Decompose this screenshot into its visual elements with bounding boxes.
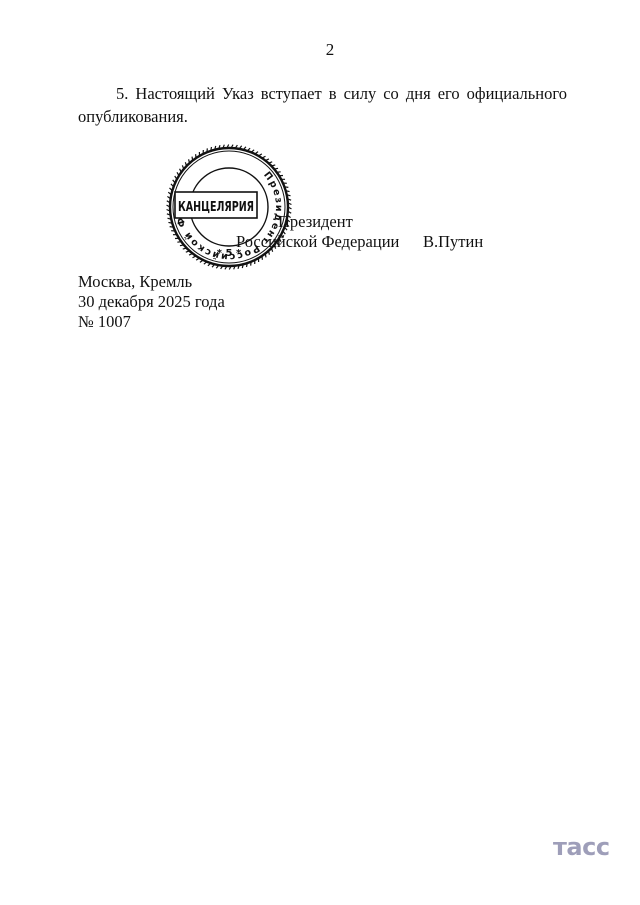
signing-date: 30 декабря 2025 года [78,292,225,312]
signatory-name: В.Путин [423,232,483,252]
paragraph-line-2: опубликования. [78,107,188,126]
tass-watermark-logo: тасс [553,833,610,861]
seal-bottom-text: * 5 * [217,248,242,259]
seal-center-text: КАНЦЕЛЯРИЯ [178,200,254,215]
decree-paragraph: 5. Настоящий Указ вступает в силу со дня… [78,82,567,128]
signature-block: Президент Российской Федерации В.Путин [0,212,640,262]
paragraph-line-1: 5. Настоящий Указ вступает в силу со дня… [78,82,567,105]
official-seal-stamp: Президент Российской Федерации * 5 * КАН… [166,144,292,270]
decree-number: № 1007 [78,312,225,332]
signing-place: Москва, Кремль [78,272,225,292]
page-number: 2 [0,40,640,60]
seal-icon: Президент Российской Федерации * 5 * КАН… [166,144,292,270]
place-date-number-block: Москва, Кремль 30 декабря 2025 года № 10… [78,272,225,332]
